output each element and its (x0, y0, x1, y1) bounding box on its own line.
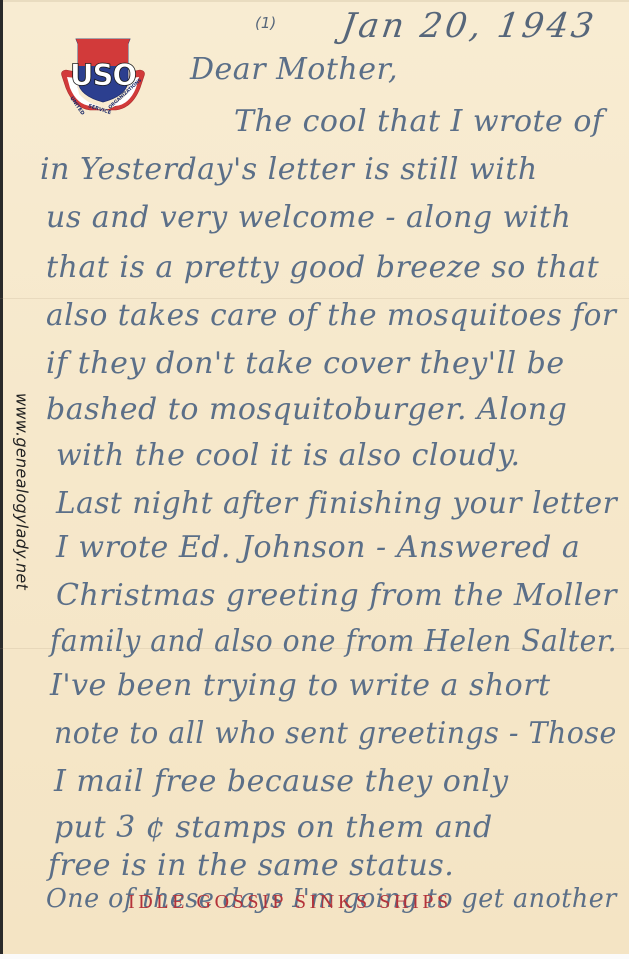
letter-line: Christmas greeting from the Moller (56, 578, 617, 613)
letter-page: USO UNITED SERVICE ORGANIZATIONS (1) Jan… (0, 0, 629, 959)
letter-line: in Yesterday's letter is still with (40, 152, 538, 187)
letter-line: free is in the same status. (48, 848, 454, 883)
scan-edge-left (0, 0, 3, 959)
letter-line: note to all who sent greetings - Those (54, 716, 617, 751)
letter-line: if they don't take cover they'll be (46, 346, 565, 381)
letter-date: Jan 20, 1943 (339, 6, 599, 46)
letter-line: also takes care of the mosquitoes for (46, 298, 617, 333)
letter-line: with the cool it is also cloudy. (56, 438, 521, 473)
letter-line: I wrote Ed. Johnson - Answered a (56, 530, 580, 565)
letter-line: put 3 ¢ stamps on them and (54, 810, 493, 845)
letter-line: us and very welcome - along with (46, 200, 571, 235)
letter-line: The cool that I wrote of (234, 104, 604, 139)
footer-slogan: IDLE GOSSIP SINKS SHIPS (128, 891, 452, 914)
page-number: (1) (255, 14, 276, 32)
svg-text:USO: USO (70, 58, 136, 92)
letter-line: I mail free because they only (54, 764, 509, 799)
uso-logo-icon: USO UNITED SERVICE ORGANIZATIONS (60, 36, 146, 116)
letter-line: I've been trying to write a short (50, 668, 551, 703)
scan-edge-top (0, 0, 629, 2)
scan-edge-bottom (0, 954, 629, 959)
letter-line: Last night after finishing your letter (56, 486, 617, 521)
letter-line: that is a pretty good breeze so that (46, 250, 599, 285)
salutation: Dear Mother, (190, 52, 398, 87)
letter-line: bashed to mosquitoburger. Along (46, 392, 567, 427)
letter-line: family and also one from Helen Salter. (50, 624, 617, 659)
watermark-url: www.genealogylady.net (13, 382, 32, 602)
